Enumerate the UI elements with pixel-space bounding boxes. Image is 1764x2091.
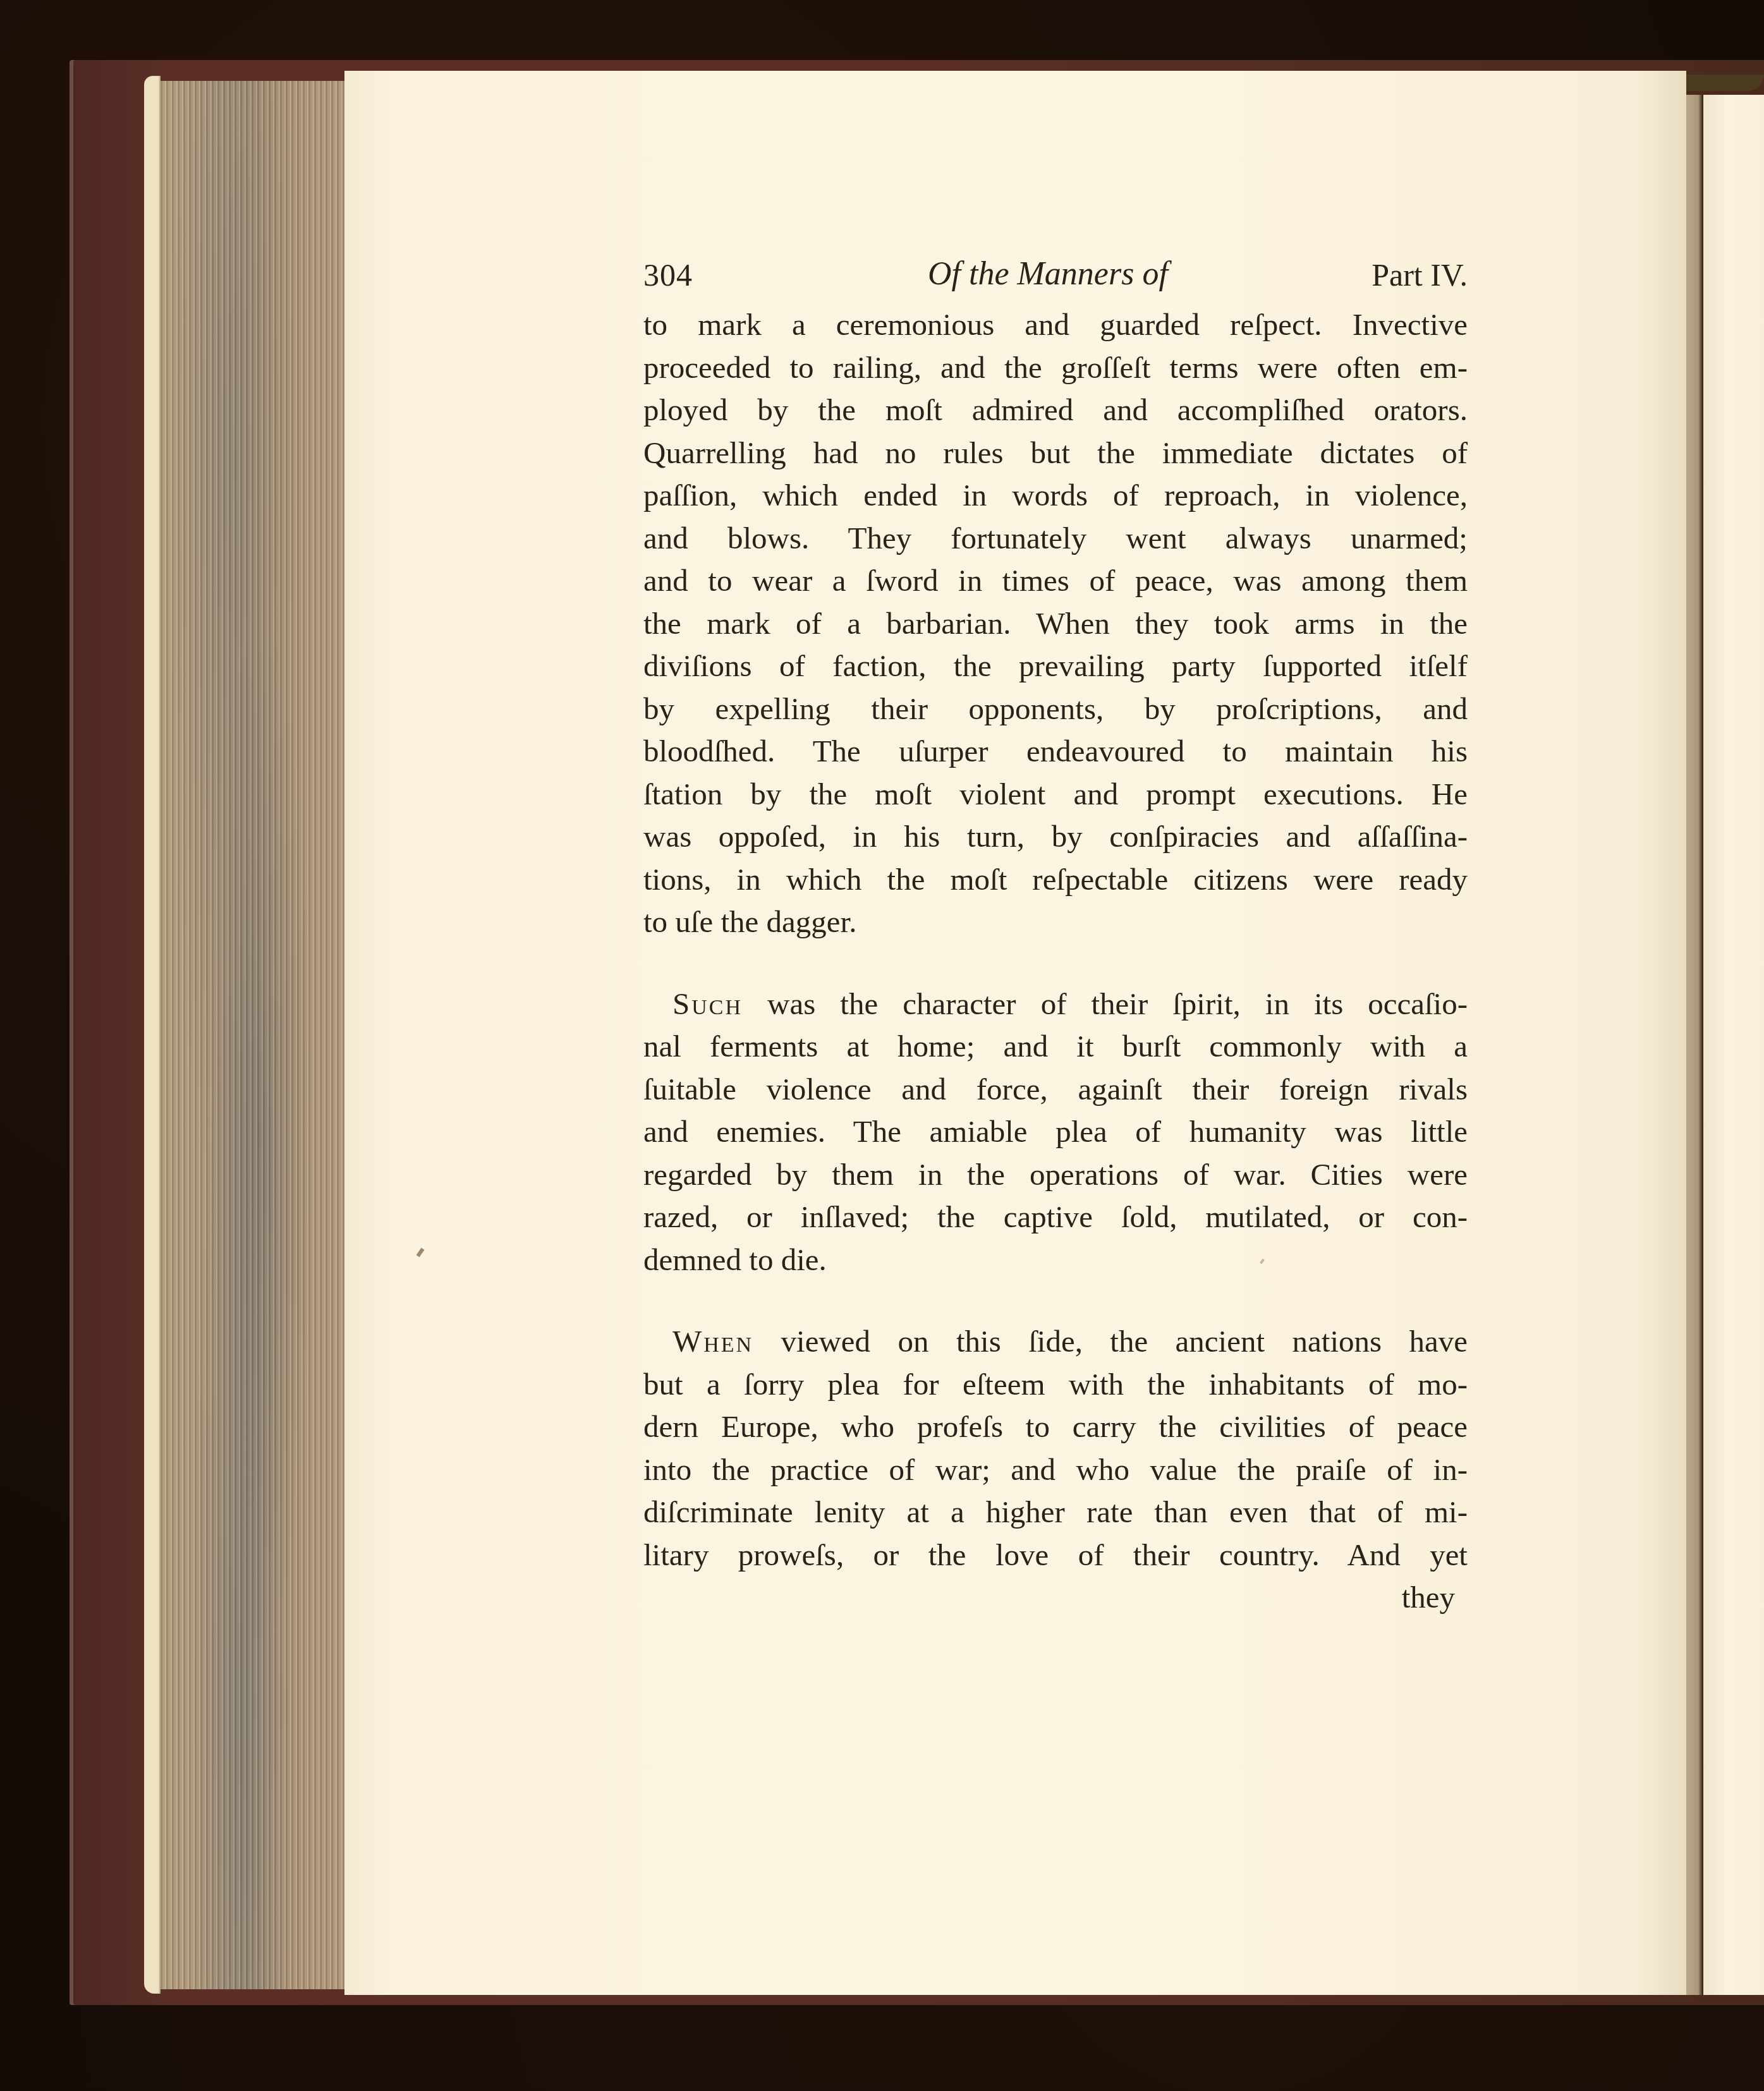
recto-page-edge <box>1703 95 1764 1995</box>
text-line: diviſions of faction, the prevailing par… <box>643 645 1468 688</box>
text-line: litary proweſs, or the love of their cou… <box>643 1534 1468 1577</box>
text-line: diſcriminate lenity at a higher rate tha… <box>643 1491 1468 1534</box>
catchword: they <box>643 1576 1468 1619</box>
paragraph-lead-word: Such <box>672 986 743 1021</box>
text-line: ſuitable violence and force, againſt the… <box>643 1068 1468 1111</box>
text-line: to mark a ceremonious and guarded reſpec… <box>643 303 1468 346</box>
text-line: bloodſhed. The uſurper endeavoured to ma… <box>643 730 1468 773</box>
body-text: to mark a ceremonious and guarded reſpec… <box>643 303 1468 1619</box>
text-line: proceeded to railing, and the groſſeſt t… <box>643 346 1468 389</box>
gutter-shadow <box>1686 95 1703 1995</box>
text-line: dern Europe, who profeſs to carry the ci… <box>643 1405 1468 1448</box>
text-line: and blows. They fortunately went always … <box>643 517 1468 560</box>
text-line: demned to die. <box>643 1239 1468 1282</box>
text-line: Such was the character of their ſpirit, … <box>643 983 1468 1026</box>
text-line-rest: viewed on this ſide, the ancient nations… <box>781 1324 1468 1359</box>
text-line: and enemies. The amiable plea of humanit… <box>643 1110 1468 1153</box>
paper-speck <box>417 1248 425 1258</box>
text-line: into the practice of war; and who value … <box>643 1448 1468 1491</box>
paragraph-3: When viewed on this ſide, the ancient na… <box>643 1320 1468 1619</box>
text-line-rest: was the character of their ſpirit, in it… <box>767 986 1468 1021</box>
text-line: to uſe the dagger. <box>643 900 1468 943</box>
text-line: but a ſorry plea for eſteem with the inh… <box>643 1363 1468 1406</box>
page-text-block: 304 Of the Manners of Part IV. to mark a… <box>643 253 1468 1619</box>
text-line: the mark of a barbarian. When they took … <box>643 602 1468 645</box>
text-line: by expelling their opponents, by proſcri… <box>643 688 1468 730</box>
page-block-rim <box>144 76 161 1994</box>
text-line: razed, or inſlaved; the captive ſold, mu… <box>643 1196 1468 1239</box>
text-line: ſtation by the moſt violent and prompt e… <box>643 773 1468 816</box>
text-line: regarded by them in the operations of wa… <box>643 1153 1468 1196</box>
running-title: Of the Manners of <box>928 255 1168 293</box>
paragraph-lead-word: When <box>672 1324 753 1359</box>
text-line: tions, in which the moſt reſpectable cit… <box>643 858 1468 901</box>
text-line: was oppoſed, in his turn, by conſpiracie… <box>643 815 1468 858</box>
text-line: When viewed on this ſide, the ancient na… <box>643 1320 1468 1363</box>
running-head: 304 Of the Manners of Part IV. <box>643 253 1468 303</box>
text-line: ployed by the moſt admired and accompliſ… <box>643 389 1468 432</box>
paragraph-1: to mark a ceremonious and guarded reſpec… <box>643 303 1468 943</box>
page-block-fore-edge <box>159 81 344 1989</box>
text-line: and to wear a ſword in times of peace, w… <box>643 559 1468 602</box>
paragraph-2: Such was the character of their ſpirit, … <box>643 983 1468 1282</box>
part-label: Part IV. <box>1372 257 1468 293</box>
text-line: paſſion, which ended in words of reproac… <box>643 474 1468 517</box>
page-number: 304 <box>643 257 693 293</box>
text-line: nal ferments at home; and it burſt commo… <box>643 1025 1468 1068</box>
text-line: Quarrelling had no rules but the immedia… <box>643 432 1468 475</box>
